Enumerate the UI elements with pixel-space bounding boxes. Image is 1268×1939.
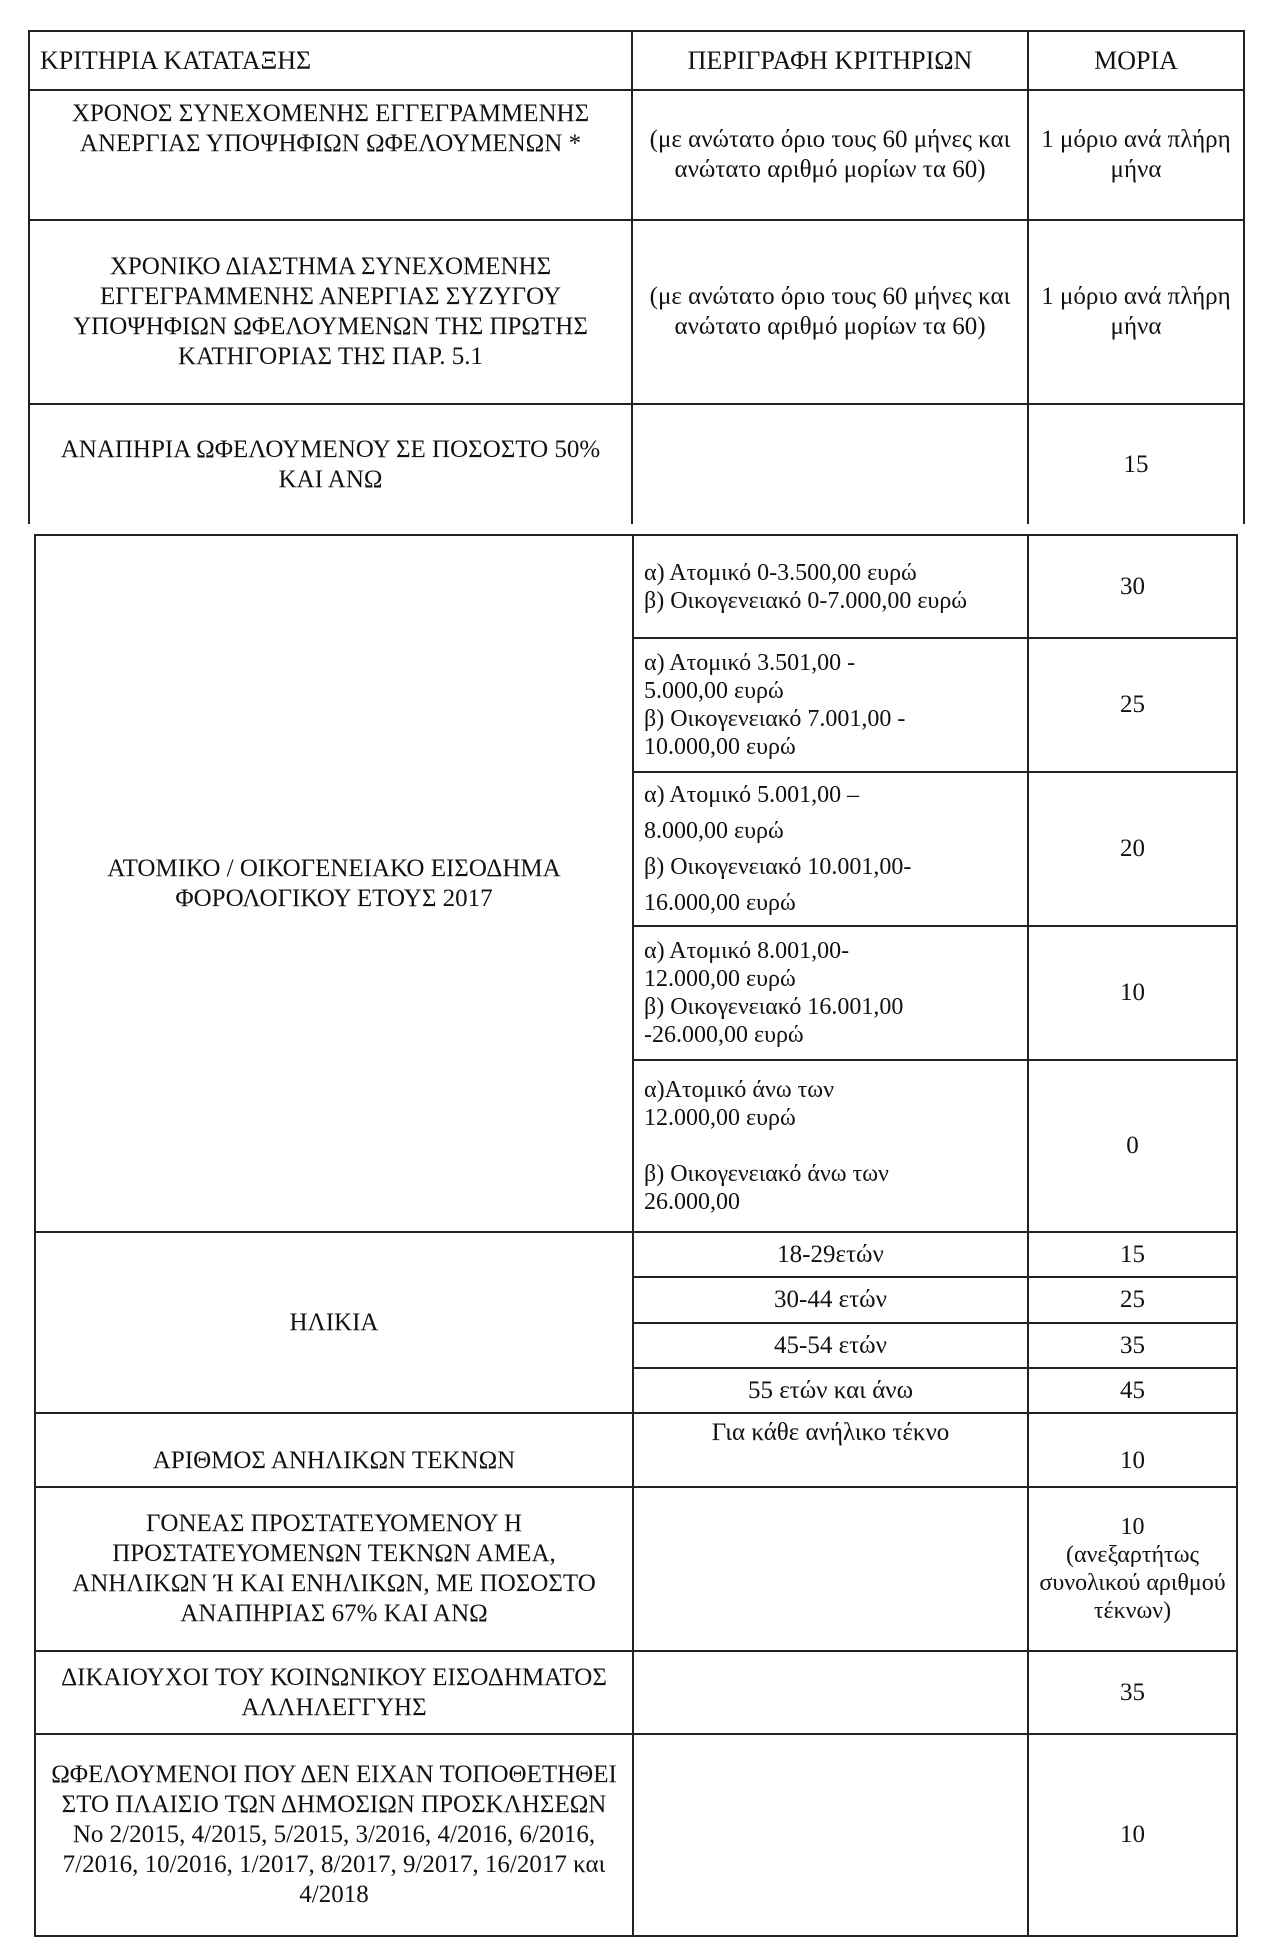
criterion-cell: ΓΟΝΕΑΣ ΠΡΟΣΤΑΤΕΥΟΜΕΝΟΥ Η ΠΡΟΣΤΑΤΕΥΟΜΕΝΩΝ… xyxy=(35,1487,633,1651)
description-cell xyxy=(633,1487,1028,1651)
age-row: ΗΛΙΚΙΑ 18-29ετών 15 xyxy=(35,1232,1237,1277)
points-cell: 1 μόριο ανά πλήρη μήνα xyxy=(1028,220,1244,404)
description-cell: Για κάθε ανήλικο τέκνο xyxy=(633,1413,1028,1487)
header-points: ΜΟΡΙΑ xyxy=(1028,31,1244,90)
age-bracket-points: 15 xyxy=(1028,1232,1237,1277)
criteria-table-part-1: ΚΡΙΤΗΡΙΑ ΚΑΤΑΤΑΞΗΣ ΠΕΡΙΓΡΑΦΗ ΚΡΙΤΗΡΙΩΝ Μ… xyxy=(28,30,1245,524)
criteria-table-part-2: ΑΤΟΜΙΚΟ / ΟΙΚΟΓΕΝΕΙΑΚΟ ΕΙΣΟΔΗΜΑ ΦΟΡΟΛΟΓΙ… xyxy=(34,534,1238,1937)
age-bracket-points: 45 xyxy=(1028,1368,1237,1413)
points-cell: 10 xyxy=(1028,1413,1237,1487)
income-criterion-cell: ΑΤΟΜΙΚΟ / ΟΙΚΟΓΕΝΕΙΑΚΟ ΕΙΣΟΔΗΜΑ ΦΟΡΟΛΟΓΙ… xyxy=(35,535,633,1232)
table-row: ΓΟΝΕΑΣ ΠΡΟΣΤΑΤΕΥΟΜΕΝΟΥ Η ΠΡΟΣΤΑΤΕΥΟΜΕΝΩΝ… xyxy=(35,1487,1237,1651)
criterion-cell: ΧΡΟΝΟΣ ΣΥΝΕΧΟΜΕΝΗΣ ΕΓΓΕΓΡΑΜΜΕΝΗΣ ΑΝΕΡΓΙΑ… xyxy=(29,90,632,220)
income-bracket-points: 10 xyxy=(1028,926,1237,1060)
table-row: ΑΡΙΘΜΟΣ ΑΝΗΛΙΚΩΝ ΤΕΚΝΩΝ Για κάθε ανήλικο… xyxy=(35,1413,1237,1487)
table-row: ΧΡΟΝΙΚΟ ΔΙΑΣΤΗΜΑ ΣΥΝΕΧΟΜΕΝΗΣ ΕΓΓΕΓΡΑΜΜΕΝ… xyxy=(29,220,1244,404)
income-bracket-points: 30 xyxy=(1028,535,1237,638)
criterion-cell: ΩΦΕΛΟΥΜΕΝΟΙ ΠΟΥ ΔΕΝ ΕΙΧΑΝ ΤΟΠΟΘΕΤΗΘΕΙ ΣΤ… xyxy=(35,1734,633,1936)
points-cell: 10 xyxy=(1028,1734,1237,1936)
income-bracket-points: 0 xyxy=(1028,1060,1237,1232)
header-criteria: ΚΡΙΤΗΡΙΑ ΚΑΤΑΤΑΞΗΣ xyxy=(29,31,632,90)
table-row: ΧΡΟΝΟΣ ΣΥΝΕΧΟΜΕΝΗΣ ΕΓΓΕΓΡΑΜΜΕΝΗΣ ΑΝΕΡΓΙΑ… xyxy=(29,90,1244,220)
points-cell: 15 xyxy=(1028,404,1244,524)
income-bracket-description: α) Ατομικό 0-3.500,00 ευρώ β) Οικογενεια… xyxy=(633,535,1028,638)
criterion-cell: ΧΡΟΝΙΚΟ ΔΙΑΣΤΗΜΑ ΣΥΝΕΧΟΜΕΝΗΣ ΕΓΓΕΓΡΑΜΜΕΝ… xyxy=(29,220,632,404)
age-bracket-description: 30-44 ετών xyxy=(633,1277,1028,1323)
age-bracket-description: 45-54 ετών xyxy=(633,1323,1028,1368)
age-bracket-points: 25 xyxy=(1028,1277,1237,1323)
income-bracket-description: α) Ατομικό 3.501,00 - 5.000,00 ευρώ β) Ο… xyxy=(633,638,1028,772)
income-bracket-description: α) Ατομικό 8.001,00- 12.000,00 ευρώ β) Ο… xyxy=(633,926,1028,1060)
table-row: ΔΙΚΑΙΟΥΧΟΙ ΤΟΥ ΚΟΙΝΩΝΙΚΟΥ ΕΙΣΟΔΗΜΑΤΟΣ ΑΛ… xyxy=(35,1651,1237,1734)
description-cell xyxy=(633,1651,1028,1734)
table-row: ΑΝΑΠΗΡΙΑ ΩΦΕΛΟΥΜΕΝΟΥ ΣΕ ΠΟΣΟΣΤΟ 50% ΚΑΙ … xyxy=(29,404,1244,524)
header-row: ΚΡΙΤΗΡΙΑ ΚΑΤΑΤΑΞΗΣ ΠΕΡΙΓΡΑΦΗ ΚΡΙΤΗΡΙΩΝ Μ… xyxy=(29,31,1244,90)
criterion-cell: ΑΡΙΘΜΟΣ ΑΝΗΛΙΚΩΝ ΤΕΚΝΩΝ xyxy=(35,1413,633,1487)
description-cell xyxy=(632,404,1028,524)
criterion-cell: ΔΙΚΑΙΟΥΧΟΙ ΤΟΥ ΚΟΙΝΩΝΙΚΟΥ ΕΙΣΟΔΗΜΑΤΟΣ ΑΛ… xyxy=(35,1651,633,1734)
income-bracket-description: α)Ατομικό άνω των 12.000,00 ευρώ β) Οικο… xyxy=(633,1060,1028,1232)
income-row: ΑΤΟΜΙΚΟ / ΟΙΚΟΓΕΝΕΙΑΚΟ ΕΙΣΟΔΗΜΑ ΦΟΡΟΛΟΓΙ… xyxy=(35,535,1237,638)
header-description: ΠΕΡΙΓΡΑΦΗ ΚΡΙΤΗΡΙΩΝ xyxy=(632,31,1028,90)
age-bracket-description: 18-29ετών xyxy=(633,1232,1028,1277)
age-criterion-cell: ΗΛΙΚΙΑ xyxy=(35,1232,633,1413)
age-bracket-description: 55 ετών και άνω xyxy=(633,1368,1028,1413)
income-bracket-points: 20 xyxy=(1028,772,1237,926)
description-cell: (με ανώτατο όριο τους 60 μήνες και ανώτα… xyxy=(632,220,1028,404)
points-cell: 1 μόριο ανά πλήρη μήνα xyxy=(1028,90,1244,220)
points-cell: 10 (ανεξαρτήτως συνολικού αριθμού τέκνων… xyxy=(1028,1487,1237,1651)
points-cell: 35 xyxy=(1028,1651,1237,1734)
description-cell: (με ανώτατο όριο τους 60 μήνες και ανώτα… xyxy=(632,90,1028,220)
description-cell xyxy=(633,1734,1028,1936)
criterion-cell: ΑΝΑΠΗΡΙΑ ΩΦΕΛΟΥΜΕΝΟΥ ΣΕ ΠΟΣΟΣΤΟ 50% ΚΑΙ … xyxy=(29,404,632,524)
age-bracket-points: 35 xyxy=(1028,1323,1237,1368)
income-bracket-points: 25 xyxy=(1028,638,1237,772)
table-row: ΩΦΕΛΟΥΜΕΝΟΙ ΠΟΥ ΔΕΝ ΕΙΧΑΝ ΤΟΠΟΘΕΤΗΘΕΙ ΣΤ… xyxy=(35,1734,1237,1936)
income-bracket-description: α) Ατομικό 5.001,00 – 8.000,00 ευρώ β) Ο… xyxy=(633,772,1028,926)
